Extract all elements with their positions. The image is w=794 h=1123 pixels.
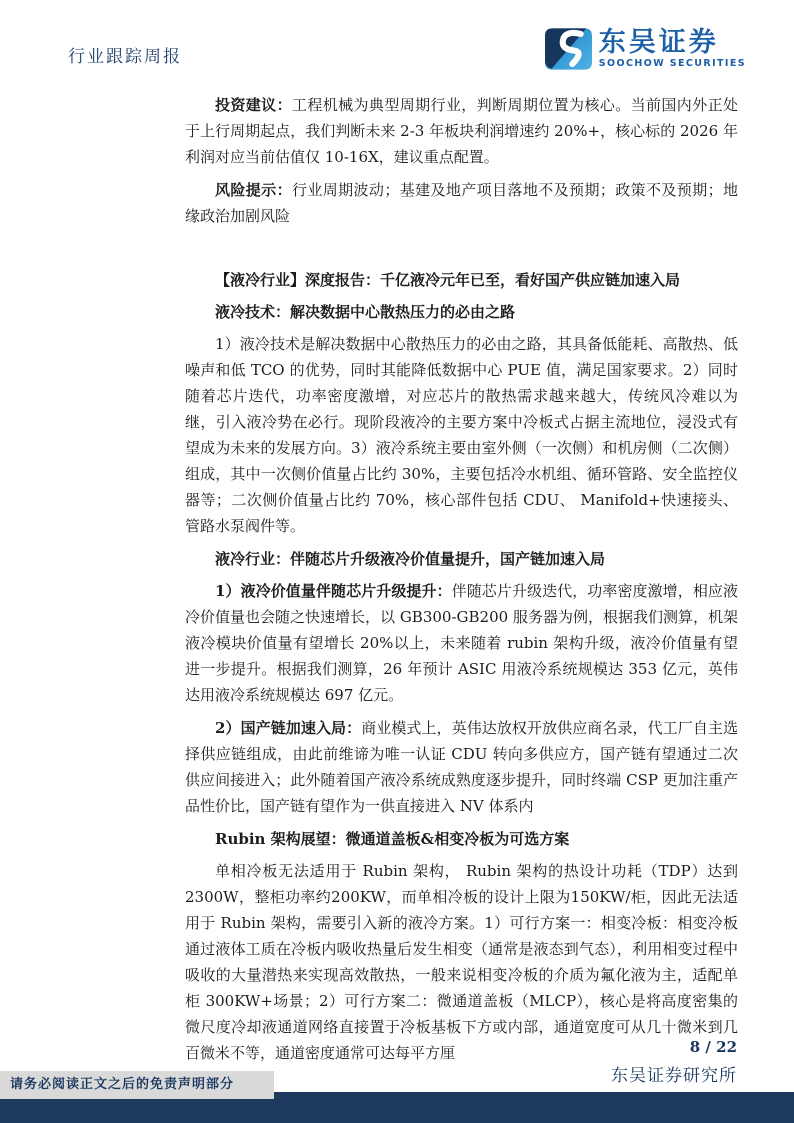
report-body: 投资建议：工程机械为典型周期行业，判断周期位置为核心。当前国内外正处于上行周期起… (185, 92, 738, 1073)
paragraph-investment-advice: 投资建议：工程机械为典型周期行业，判断周期位置为核心。当前国内外正处于上行周期起… (185, 92, 738, 170)
soochow-interlocked-s-icon (545, 28, 592, 70)
soochow-logo: 东吴证券 SOOCHOW SECURITIES (545, 28, 746, 70)
value-upgrade-lead: 1）液冷价值量伴随芯片升级提升： (215, 582, 452, 600)
value-upgrade-text: 伴随芯片升级迭代，功率密度激增，相应液冷价值量也会随之快速增长，以 GB300-… (185, 582, 738, 704)
heading-liquid-cooling-tech: 液冷技术：解决数据中心散热压力的必由之路 (185, 299, 738, 325)
paragraph-value-upgrade: 1）液冷价值量伴随芯片升级提升：伴随芯片升级迭代，功率密度激增，相应液冷价值量也… (185, 578, 738, 708)
investment-advice-lead: 投资建议： (215, 96, 292, 114)
heading-rubin-outlook: Rubin 架构展望：微通道盖板&相变冷板为可选方案 (185, 826, 738, 852)
paragraph-liquid-cooling-tech: 1）液冷技术是解决数据中心散热压力的必由之路，其具备低能耗、高散热、低噪声和低 … (185, 331, 738, 539)
domestic-chain-lead: 2）国产链加速入局： (215, 719, 361, 737)
report-type-label: 行业跟踪周报 (68, 42, 182, 67)
logo-wordmark: 东吴证券 SOOCHOW SECURITIES (599, 29, 746, 69)
research-institute-label: 东吴证券研究所 (611, 1061, 737, 1086)
heading-liquid-cooling-report: 【液冷行业】深度报告：千亿液冷元年已至，看好国产供应链加速入局 (185, 267, 738, 293)
risk-warning-lead: 风险提示： (215, 181, 292, 199)
paragraph-rubin-solutions: 单相冷板无法适用于 Rubin 架构， Rubin 架构的热设计功耗（TDP）达… (185, 858, 738, 1066)
heading-liquid-cooling-industry: 液冷行业：伴随芯片升级液冷价值量提升，国产链加速入局 (185, 546, 738, 572)
page-number: 8 / 22 (690, 1038, 737, 1056)
disclaimer-notice: 请务必阅读正文之后的免责声明部分 (0, 1071, 274, 1099)
report-page: 行业跟踪周报 东吴证券 SOOCHOW SECURITIES 投资建议：工程机械… (0, 0, 794, 1123)
paragraph-risk-warning: 风险提示：行业周期波动；基建及地产项目落地不及预期；政策不及预期；地缘政治加剧风… (185, 177, 738, 229)
brand-name-en: SOOCHOW SECURITIES (599, 59, 746, 69)
brand-name-cn: 东吴证券 (599, 29, 746, 56)
paragraph-domestic-chain: 2）国产链加速入局：商业模式上，英伟达放权开放供应商名录，代工厂自主选择供应链组… (185, 715, 738, 819)
